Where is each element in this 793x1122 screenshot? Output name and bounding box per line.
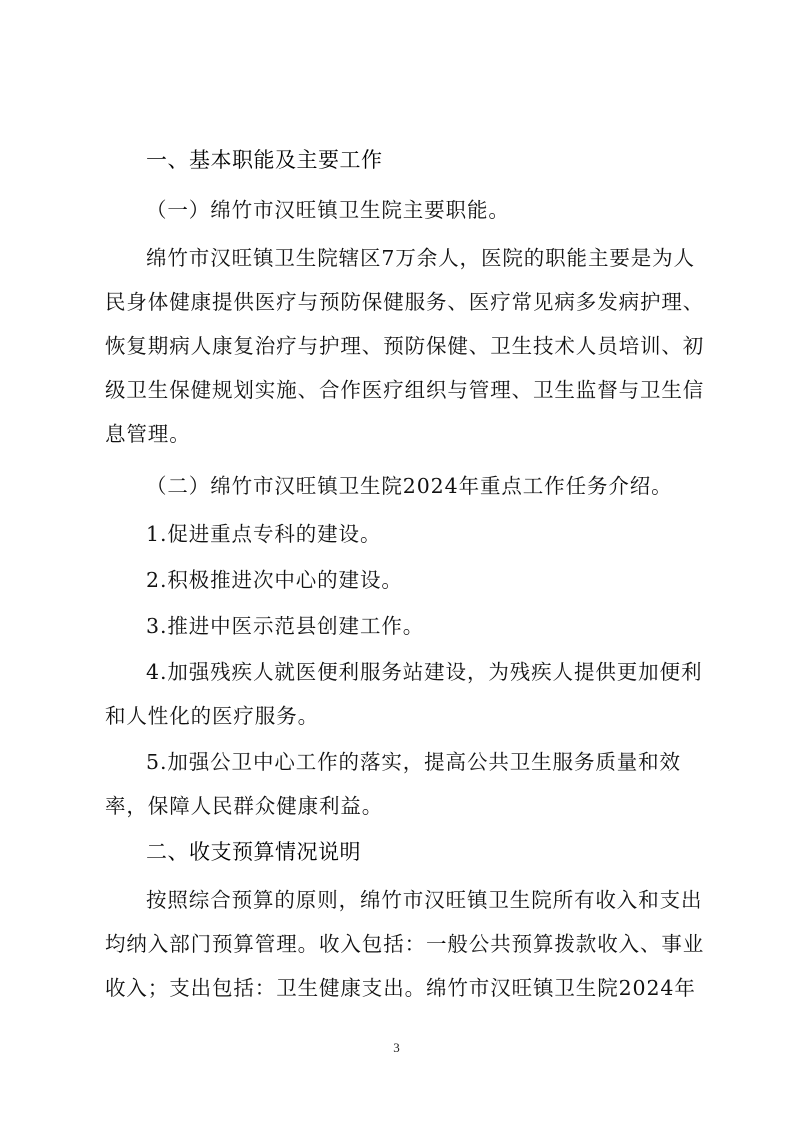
page-number: 3 xyxy=(0,1040,793,1056)
paragraph-line: 息管理。 xyxy=(105,422,191,446)
paragraph-line: 按照综合预算的原则，绵竹市汉旺镇卫生院所有收入和支出 xyxy=(146,888,702,912)
section-heading-basic-functions: 一、基本职能及主要工作 xyxy=(146,148,383,172)
paragraph-line: 级卫生保健规划实施、合作医疗组织与管理、卫生监督与卫生信 xyxy=(105,378,704,402)
paragraph-line: 绵竹市汉旺镇卫生院辖区7万余人，医院的职能主要是为人 xyxy=(146,246,695,270)
task-item-4-continued: 和人性化的医疗服务。 xyxy=(105,704,319,728)
document-page: 一、基本职能及主要工作 （一）绵竹市汉旺镇卫生院主要职能。 绵竹市汉旺镇卫生院辖… xyxy=(0,0,793,1122)
paragraph-line: 恢复期病人康复治疗与护理、预防保健、卫生技术人员培训、初 xyxy=(105,334,704,358)
task-item-2: 2.积极推进次中心的建设。 xyxy=(146,568,403,592)
subsection-heading-key-tasks: （二）绵竹市汉旺镇卫生院2024年重点工作任务介绍。 xyxy=(146,474,673,498)
subsection-heading-main-functions: （一）绵竹市汉旺镇卫生院主要职能。 xyxy=(146,198,510,222)
section-heading-budget: 二、收支预算情况说明 xyxy=(146,840,361,864)
paragraph-line: 均纳入部门预算管理。收入包括：一般公共预算拨款收入、事业 xyxy=(105,932,704,956)
paragraph-line: 民身体健康提供医疗与预防保健服务、医疗常见病多发病护理、 xyxy=(105,290,704,314)
task-item-1: 1.促进重点专科的建设。 xyxy=(146,522,381,546)
task-item-4: 4.加强残疾人就医便利服务站建设，为残疾人提供更加便利 xyxy=(146,660,702,684)
paragraph-line: 收入；支出包括：卫生健康支出。绵竹市汉旺镇卫生院2024年 xyxy=(105,976,696,1000)
task-item-5: 5.加强公卫中心工作的落实，提高公共卫生服务质量和效 xyxy=(146,750,681,774)
task-item-3: 3.推进中医示范县创建工作。 xyxy=(146,614,424,638)
task-item-5-continued: 率，保障人民群众健康利益。 xyxy=(105,794,383,818)
